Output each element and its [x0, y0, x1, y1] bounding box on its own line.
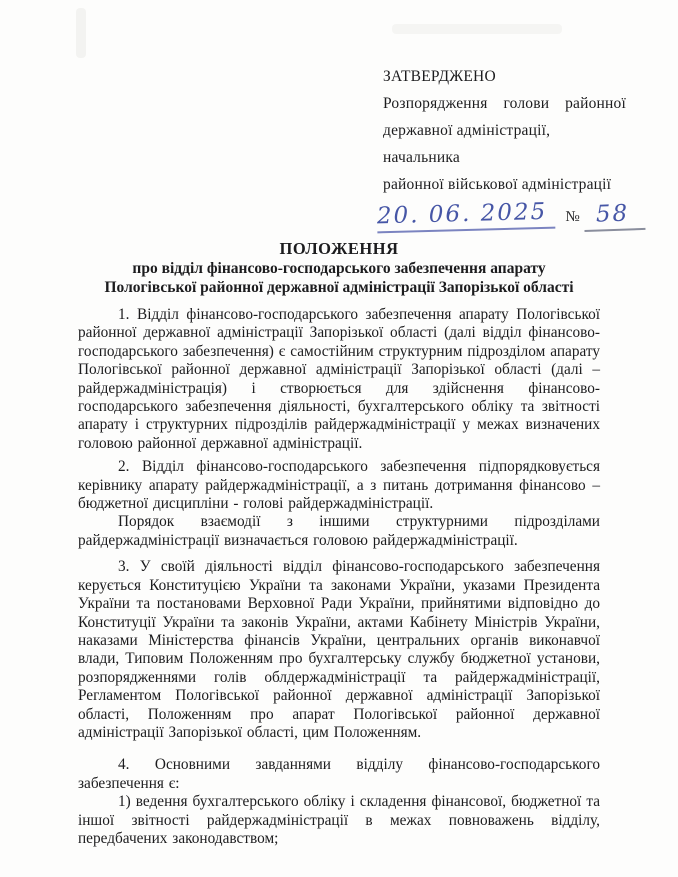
approval-order-line-2: державної адміністрації, начальника: [383, 117, 626, 171]
approval-order-line-3: районної військової адміністрації: [383, 171, 626, 198]
paragraph-2-continuation: Порядок взаємодії з іншими структурними …: [78, 513, 600, 550]
approval-date-number-row: 20. 06. 2025 № 58: [383, 201, 626, 231]
paragraph-2: 2. Відділ фінансово-господарського забез…: [78, 458, 600, 513]
number-sign: №: [565, 204, 580, 231]
scan-artifact-left: [76, 8, 86, 58]
title-heading: ПОЛОЖЕННЯ: [78, 238, 600, 259]
approval-stamp: ЗАТВЕРДЖЕНО: [383, 63, 626, 90]
scan-artifact-top: [392, 24, 562, 34]
handwritten-number: 58: [583, 200, 645, 232]
title-subtitle-line-2: Пологівської районної державної адмініст…: [78, 278, 600, 297]
scanned-document-page: ЗАТВЕРДЖЕНО Розпорядження голови районно…: [0, 0, 678, 877]
approval-order-line-1: Розпорядження голови районної: [383, 90, 626, 117]
paragraph-4: 4. Основними завданнями відділу фінансов…: [78, 756, 600, 793]
paragraph-3: 3. У своїй діяльності відділ фінансово-г…: [78, 558, 600, 742]
approval-block: ЗАТВЕРДЖЕНО Розпорядження голови районно…: [383, 63, 626, 231]
paragraph-4-item-1: 1) ведення бухгалтерського обліку і скла…: [78, 793, 600, 848]
handwritten-date: 20. 06. 2025: [377, 199, 556, 234]
paragraph-1: 1. Відділ фінансово-господарського забез…: [78, 306, 600, 453]
title-subtitle-line-1: про відділ фінансово-господарського забе…: [78, 259, 600, 278]
document-body: 1. Відділ фінансово-господарського забез…: [78, 306, 600, 848]
document-title: ПОЛОЖЕННЯ про відділ фінансово-господарс…: [78, 238, 600, 297]
